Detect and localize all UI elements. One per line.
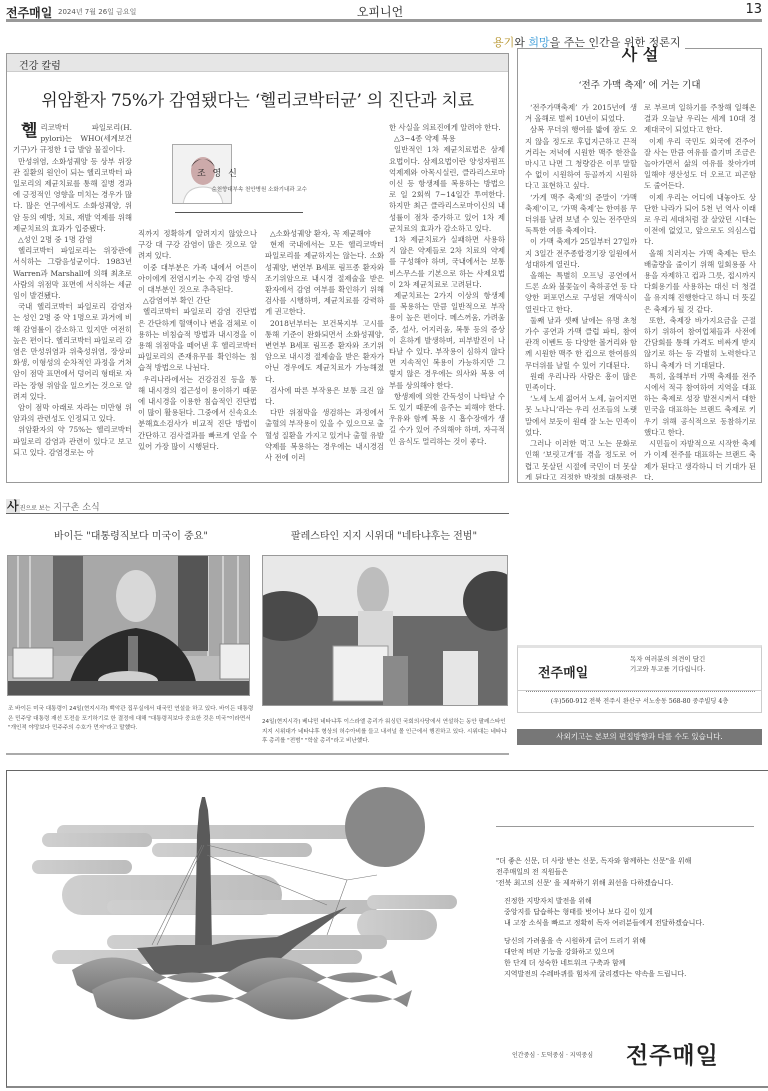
section-title: 오피니언 bbox=[310, 3, 450, 20]
column-tag: 건강 칼럼 bbox=[7, 54, 508, 72]
ad-paragraph: "더 좋은 신문, 더 사랑 받는 신문, 독자와 함께하는 신문"을 위해 전… bbox=[496, 856, 704, 889]
photo-caption-biden: 조 바이든 미국 대통령이 24일(현지시각) 백악관 집무실에서 대국민 연설… bbox=[8, 705, 254, 734]
photo-news-section-title: 사진으로 보는 지구촌 소식 bbox=[6, 497, 100, 514]
dotted-divider bbox=[526, 691, 755, 692]
section-divider bbox=[6, 513, 509, 514]
contribution-address-box: (우)560-912 전북 전주시 완산구 서노송동 568-80 중주빌딩 4… bbox=[517, 691, 762, 713]
article-column-1: 헬 리코박터 파일로리(H. pylori)는 WHO(세계보건기구)가 규정한… bbox=[13, 122, 132, 482]
issue-date: 2024년 7월 26일 금요일 bbox=[58, 7, 136, 17]
editorial-column-2: 로 부르며 일하기를 주창해 일해온 결과 오늘날 우리는 세계 10대 경제대… bbox=[644, 102, 756, 480]
author-name: 조 영 신 bbox=[197, 166, 239, 179]
health-column-article: 건강 칼럼 위암환자 75%가 감염됐다는 ‘헬리코박터균’ 의 진단과 치료 … bbox=[6, 53, 509, 483]
ad-slogan: 용기와 희망을 주는 인간을 위한 정론지 bbox=[493, 34, 681, 50]
ad-logo: 전주매일 bbox=[626, 1037, 719, 1070]
contribution-disclaimer: 사외기고는 본보의 편집방향과 다를 수도 있습니다. bbox=[517, 729, 762, 745]
editorial-column-1: ‘전주가맥축제’ 가 2015년에 생겨 올해로 벌써 10년이 되었다. 삼복… bbox=[525, 102, 637, 480]
article-headline: 위암환자 75%가 감염됐다는 ‘헬리코박터균’ 의 진단과 치료 bbox=[7, 86, 508, 111]
contribution-invite: 독자 여러분의 의견이 담긴 기고와 투고를 기다립니다. bbox=[630, 654, 705, 674]
article-column-4: 한 사실을 의료진에게 알려야 한다. △3~4종 약제 복용 일반적인 1차 … bbox=[389, 122, 505, 482]
ad-paragraph: 당신의 가려움을 속 시원하게 긁어 드리기 위해 대안적 비판 기능을 강화하… bbox=[496, 936, 704, 980]
drop-cap: 헬 bbox=[21, 122, 37, 140]
photo-biden bbox=[7, 555, 250, 696]
photo-protest bbox=[262, 555, 508, 706]
ad-motto: 인간중심 · 도덕중심 · 지역중심 bbox=[512, 1050, 593, 1059]
header-rule bbox=[6, 19, 762, 22]
contribution-box: 전주매일 독자 여러분의 의견이 담긴 기고와 투고를 기다립니다. bbox=[517, 645, 762, 691]
author-divider bbox=[175, 212, 303, 213]
contribution-logo: 전주매일 bbox=[538, 662, 588, 681]
ship-illustration bbox=[27, 785, 477, 1045]
ad-body: "더 좋은 신문, 더 사랑 받는 신문, 독자와 함께하는 신문"을 위해 전… bbox=[496, 856, 704, 980]
editorial-headline: ‘전주 가맥 축제’ 에 거는 기대 bbox=[517, 77, 762, 91]
article-column-2: 직까지 정확하게 알려지지 않았으나 구강 대 구강 감염이 많은 것으로 알려… bbox=[138, 228, 257, 482]
photo-caption-protest: 24일(현지시각) 베냐민 네타냐후 이스라엘 총리가 워싱턴 국회의사당에서 … bbox=[262, 718, 508, 747]
page-number: 13 bbox=[745, 2, 762, 17]
contribution-address: (우)560-912 전북 전주시 완산구 서노송동 568-80 중주빌딩 4… bbox=[518, 696, 761, 705]
ad-divider bbox=[496, 826, 754, 827]
section-bottom-rule bbox=[6, 753, 509, 755]
photo-title-biden: 바이든 "대통령직보다 미국이 중요" bbox=[6, 527, 256, 542]
article-column-3: △소화성궤양 환자, 꼭 제균해야 현재 국내에서는 모든 헬리코박터 파일로리… bbox=[265, 228, 384, 482]
ad-paragraph: 진정한 지방자치 발전을 위해 중앙지를 답습하는 형태를 벗어나 보다 깊이 … bbox=[496, 896, 704, 929]
photo-title-protest: 팔레스타인 지지 시위대 "네타냐후는 전범" bbox=[258, 527, 510, 542]
author-role: 순천향대부속 천안병원 소화기내과 교수 bbox=[167, 185, 307, 193]
